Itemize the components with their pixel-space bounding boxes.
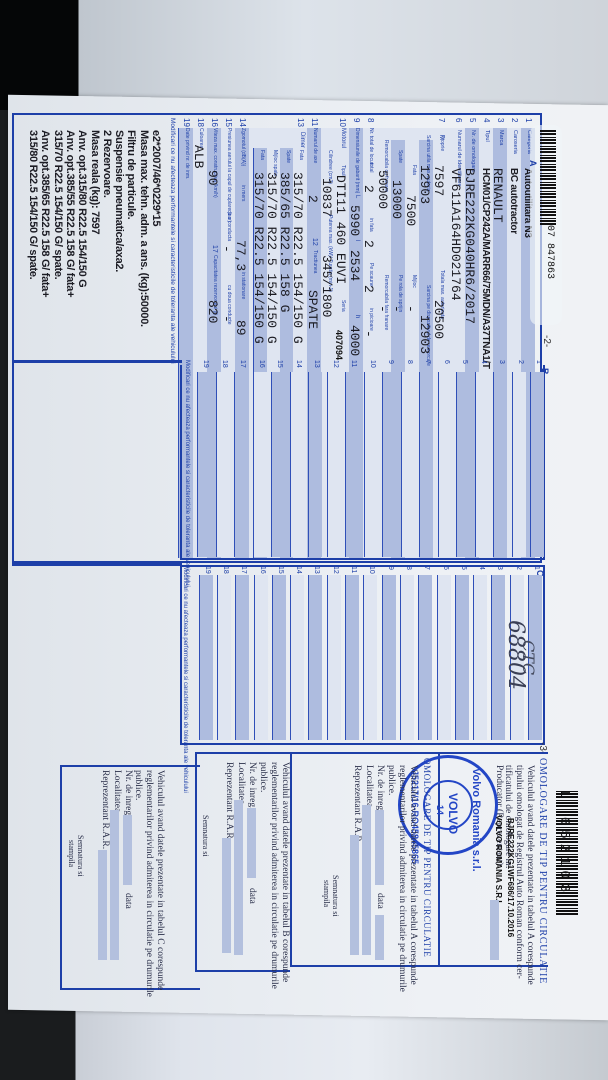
row-number: 16: [258, 360, 265, 368]
remark-line: 2 Rezervoare.: [101, 130, 113, 198]
certificate-number: BJRE222KG1WF686/17.10.2016: [506, 818, 515, 937]
stamp-center: VOLVO: [446, 793, 460, 834]
dimension-label: L: [354, 195, 360, 198]
table-b-row: [438, 372, 452, 557]
row-label: Motorul: [340, 128, 346, 148]
row-number: 11: [350, 360, 357, 367]
row-number: 18: [196, 118, 205, 127]
seats-value: -: [361, 330, 376, 338]
serial-number: L 652103: [556, 790, 572, 897]
row-number: 9: [387, 566, 394, 570]
modifications-note: Modificari ce nu afecteaza performantele…: [184, 360, 190, 587]
homologation-text: Vehiculul avand datele prezentate in tab…: [525, 765, 535, 985]
barcode: [540, 130, 556, 225]
fill-field: [362, 805, 371, 955]
reg-label: Nr. de inreg.: [247, 762, 257, 810]
table-c-row: [473, 575, 487, 740]
homologation-text: publice.: [133, 770, 143, 800]
remark-line: Masa reala (kg): 7597: [89, 130, 101, 234]
homologation-text: reglementarilor privind admiterea in cir…: [269, 762, 279, 989]
row-label: Zgomotul (dB(A)): [240, 128, 246, 166]
fill-field: [350, 835, 359, 955]
mass-value: 7500: [403, 195, 418, 226]
traction-value: SPATE: [305, 290, 320, 329]
homologation-text: Vehiculul avand datele prezentate in tab…: [408, 765, 418, 985]
dimension-value: 5990: [347, 205, 362, 236]
table-b-row: [197, 372, 211, 557]
row-label: Nr. de omologare: [470, 130, 476, 172]
row-value: HCM01/CP242A/MARR66/75MDN/A37TNA1/T: [480, 168, 491, 369]
row-number: 17: [211, 245, 218, 253]
mass-value: 20500: [431, 300, 446, 339]
fill-field: [98, 850, 107, 960]
table-c-row: [327, 575, 341, 740]
engine-displacement: 10837: [319, 178, 334, 217]
tyre-label: Fata: [259, 150, 265, 160]
seats-label: in picioare: [368, 308, 374, 331]
remark-line: Masa max. tehn. adm. a ans. (kg):50000.: [138, 130, 150, 327]
homologation-b-title: OMOLOGARE DE TIP PENTRU CIRCULATIE: [422, 758, 432, 957]
speed-value: 90: [205, 170, 220, 186]
mass-label: Remorcabila fara franare: [383, 275, 389, 330]
date-label: data: [123, 893, 133, 909]
noise-driving: 77,3: [233, 240, 248, 271]
table-b-row: [456, 372, 470, 557]
stamp-label: stampila: [322, 880, 331, 907]
remark-line: Anv. opt.385/65 R22.5 158 G/ fata+: [39, 130, 51, 297]
table-b-row: [419, 372, 433, 557]
row-number: 7: [424, 360, 431, 364]
noise-stationary: 89: [233, 320, 248, 336]
table-c-row: [363, 575, 377, 740]
section-letter-a: A: [528, 160, 538, 167]
pressure-label: cu o conducta: [226, 210, 232, 241]
row-number: 10: [338, 118, 347, 127]
row-number: 6: [443, 360, 450, 364]
remark-line: Suspensie pneumatica/axa2.: [113, 130, 125, 272]
table-b-row: [345, 372, 359, 557]
row-number: 18: [221, 360, 228, 368]
row-number: 19: [182, 118, 191, 127]
row-number: 1: [535, 360, 542, 364]
fill-field: [110, 810, 119, 960]
row-number: 7: [437, 118, 446, 122]
row-label: Tractiunea: [312, 250, 318, 273]
row-number: 5: [461, 360, 468, 364]
mass-value: -: [375, 305, 390, 313]
remark-line: 315/70 R22.5 154/150 G/ spate.: [52, 130, 64, 279]
reg-label: Nr. de inreg.: [123, 770, 133, 818]
row-number: 14: [295, 566, 302, 574]
producer-value: VOLVO ROMANIA S.R.L.: [494, 815, 503, 907]
mass-label: Fata: [411, 165, 417, 175]
row-label: Presiunea aerului la capul de cuplare (b…: [226, 128, 232, 222]
homologation-text: reglementarilor privind admiterea in cir…: [144, 770, 154, 997]
engine-label: Seria: [340, 300, 346, 312]
table-divider: [12, 563, 182, 566]
table-b-row: [234, 372, 248, 557]
row-number: 9: [352, 118, 361, 122]
row-number: 17: [240, 566, 247, 574]
fill-field: [375, 810, 384, 885]
row-number: 8: [405, 566, 412, 570]
row-number: 13: [313, 566, 320, 574]
row-number: 3: [496, 566, 503, 570]
reg-label: Nr. de inreg.: [375, 765, 385, 813]
row-label: Numarul de axe: [312, 128, 318, 163]
tyre-label: Fata: [298, 150, 304, 160]
table-b-row: [308, 372, 322, 557]
mass-label: Spate: [397, 150, 403, 163]
signature-label: Semnatura si: [331, 875, 340, 917]
pressure-double: -: [219, 315, 234, 323]
row-label: Marca: [498, 130, 504, 145]
stamp-label: stampila: [67, 840, 76, 867]
row-value: BC autotractor: [508, 168, 519, 234]
table-b-row: [290, 372, 304, 557]
remark-line: Anv. opt.385/55 R22.5 158 G/ fata+: [64, 130, 76, 297]
row-number: 19: [204, 566, 211, 574]
fill-field: [234, 800, 243, 955]
dimension-value: 4000: [347, 325, 362, 356]
row-number: 4: [478, 566, 485, 570]
table-c-row: [217, 575, 231, 740]
row-number: 14: [238, 118, 247, 127]
seats-label: in fata: [368, 218, 374, 232]
row-number: 3: [496, 118, 505, 122]
table-c-row: [235, 575, 249, 740]
homologation-text: Vehiculul avand datele prezentate in tab…: [280, 762, 290, 982]
remark-line: 315/80 R22.5 154/150 G/ spate.: [27, 130, 39, 279]
fill-field: [490, 900, 499, 960]
seats-value: 2: [361, 240, 376, 248]
row-number: 15: [276, 360, 283, 368]
fill-field: [123, 815, 132, 885]
row-number: 5: [468, 118, 477, 122]
row-number: 6: [454, 118, 463, 122]
signature-label: Semnatura si: [201, 815, 210, 857]
row-label: Dimensiunile de gabarit (mm): [354, 128, 360, 193]
homologation-title: OMOLOGARE DE TIP PENTRU CIRCULATIE: [537, 758, 548, 984]
table-b-row: [512, 372, 526, 557]
row-number: 16: [210, 118, 219, 127]
row-number: 2: [517, 360, 524, 364]
row-number: 17: [239, 360, 246, 368]
row-number: 8: [366, 118, 375, 122]
row-number: 15: [277, 566, 284, 574]
remark-line: e2*2007/46*0229*15: [150, 130, 162, 226]
handwritten-number: 68804: [503, 620, 528, 690]
dimension-label: l: [354, 240, 360, 241]
row-number: 13: [296, 118, 305, 127]
homologation-text: tipului omologat de Registrul Auto Roman…: [514, 765, 524, 979]
row-number: 13: [313, 360, 320, 368]
rar-label: Reprezentant R.A.R.: [352, 765, 362, 844]
engine-serial: 407094: [334, 330, 344, 360]
row-number: 12: [311, 238, 318, 246]
date-label: data: [375, 893, 385, 909]
table-b-row: [271, 372, 285, 557]
sticker-code: 07 847863: [544, 225, 555, 279]
table-b-row: [401, 372, 415, 557]
tank-value: 820: [205, 300, 220, 323]
row-number: 5: [460, 566, 467, 570]
stamp-text: Volvo Romania s.r.l.: [470, 768, 482, 872]
table-b-row: [216, 372, 230, 557]
row-number: 8: [406, 360, 413, 364]
row-number: 14: [295, 360, 302, 368]
fill-field: [375, 915, 384, 960]
table-c-row: [308, 575, 322, 740]
modifications-note: Modificari ce nu afecteaza performantele…: [169, 118, 176, 364]
pressure-single: -: [219, 245, 234, 253]
seats-label: total: [368, 163, 374, 172]
row-number: 11: [350, 566, 357, 573]
table-c-row: [400, 575, 414, 740]
rar-label: Reprezentant R.A.R.: [100, 770, 110, 849]
homologation-text: publice.: [386, 765, 396, 795]
row-number: 4: [480, 360, 487, 364]
seats-value: 2: [361, 285, 376, 293]
mass-value: -: [403, 305, 418, 313]
modifications-note: Modificari ce nu afecteaza performantele…: [182, 566, 188, 793]
mass-value: 7597: [431, 165, 446, 196]
mass-value: 50000: [375, 170, 390, 209]
locality-label: Localitatea: [236, 762, 246, 804]
mass-value: 12903: [417, 315, 432, 354]
dimension-value: 2534: [347, 250, 362, 281]
row-number: 11: [310, 118, 319, 126]
signature-label: Semnatura si: [76, 835, 85, 877]
table-b-row: [327, 372, 341, 557]
page-number-left: -2-: [541, 335, 552, 347]
row-number: 1: [533, 566, 540, 570]
row-number: 10: [368, 566, 375, 574]
mass-label: Proprie: [439, 135, 445, 151]
table-c-row: [418, 575, 432, 740]
table-c-row: [254, 575, 268, 740]
row-label: Caroseria: [512, 130, 518, 154]
seats-value: 2: [361, 185, 376, 193]
row-number: 2: [510, 118, 519, 122]
table-c-row: [437, 575, 451, 740]
tyre-value: 315/70 R22.5 154/150 G: [251, 172, 266, 344]
table-c-row: [382, 575, 396, 740]
table-b-row: [530, 372, 544, 557]
row-number: 3: [498, 360, 505, 364]
row-number: 2: [515, 566, 522, 570]
row-number: 12: [332, 566, 339, 574]
table-b-row: [493, 372, 507, 557]
row-number: 15: [224, 118, 233, 127]
row-number: 4: [482, 118, 491, 122]
row-number: 6: [442, 566, 449, 570]
mass-value: -: [389, 305, 404, 313]
color-value: ALB: [191, 145, 206, 168]
table-b-row: [364, 372, 378, 557]
noise-label: in mers: [240, 185, 246, 201]
seats-label: Pe scaune: [368, 263, 374, 287]
engine-type: DTI11 460 EUVI: [333, 175, 348, 284]
table-c-row: [345, 575, 359, 740]
document-overlay: 1CategoriaAutoutilitara N32CaroseriaBC a…: [0, 0, 608, 1080]
dimension-label: h: [354, 315, 360, 318]
mass-value: 12903: [417, 165, 432, 204]
tyre-label: Spate: [285, 150, 291, 163]
row-number: 16: [259, 566, 266, 574]
mass-label: Mijloc: [411, 275, 417, 288]
row-number: 9: [387, 360, 394, 364]
row-label: Tipul: [484, 130, 490, 142]
rar-label: Reprezentant R.A.R.: [224, 762, 234, 841]
row-number: 12: [332, 360, 339, 368]
homologation-text: publice.: [258, 762, 268, 792]
locality-label: Localitatea: [364, 765, 374, 807]
table-divider: [12, 360, 182, 363]
row-number: 19: [202, 360, 209, 368]
table-b-row: [382, 372, 396, 557]
row-label: Date privind nr. de inm.: [184, 128, 190, 179]
table-c-row: [455, 575, 469, 740]
table-b-row: [475, 372, 489, 557]
row-number: 7: [423, 566, 430, 570]
row-label: Nr. total de locuri: [368, 128, 374, 166]
engine-power: 345/1800: [319, 255, 334, 317]
fill-field: [247, 808, 256, 878]
noise-label: in stationare: [240, 272, 246, 299]
locality-label: Localitatea: [112, 770, 122, 812]
mass-value: 13000: [389, 180, 404, 219]
fill-field: [222, 838, 231, 953]
homologation-text: Vehiculul avand datele prezentate in tab…: [155, 770, 165, 990]
row-number: 1: [524, 118, 533, 122]
homologation-text: reglementarilor privind admiterea in cir…: [397, 765, 407, 992]
table-c-row: [272, 575, 286, 740]
remark-line: Anv. opt.315/80 R22.5 154/150 G: [76, 130, 88, 287]
row-number: 10: [369, 360, 376, 368]
table-c-row: [290, 575, 304, 740]
axles-value: 2: [305, 195, 320, 203]
table-c-row: [199, 575, 213, 740]
row-number: 18: [222, 566, 229, 574]
date-label: data: [247, 888, 257, 904]
row-label: Viteza max. constructiva (km/h): [212, 128, 218, 198]
table-b-row: [253, 372, 267, 557]
remark-line: Filtru de particule.: [125, 130, 137, 219]
